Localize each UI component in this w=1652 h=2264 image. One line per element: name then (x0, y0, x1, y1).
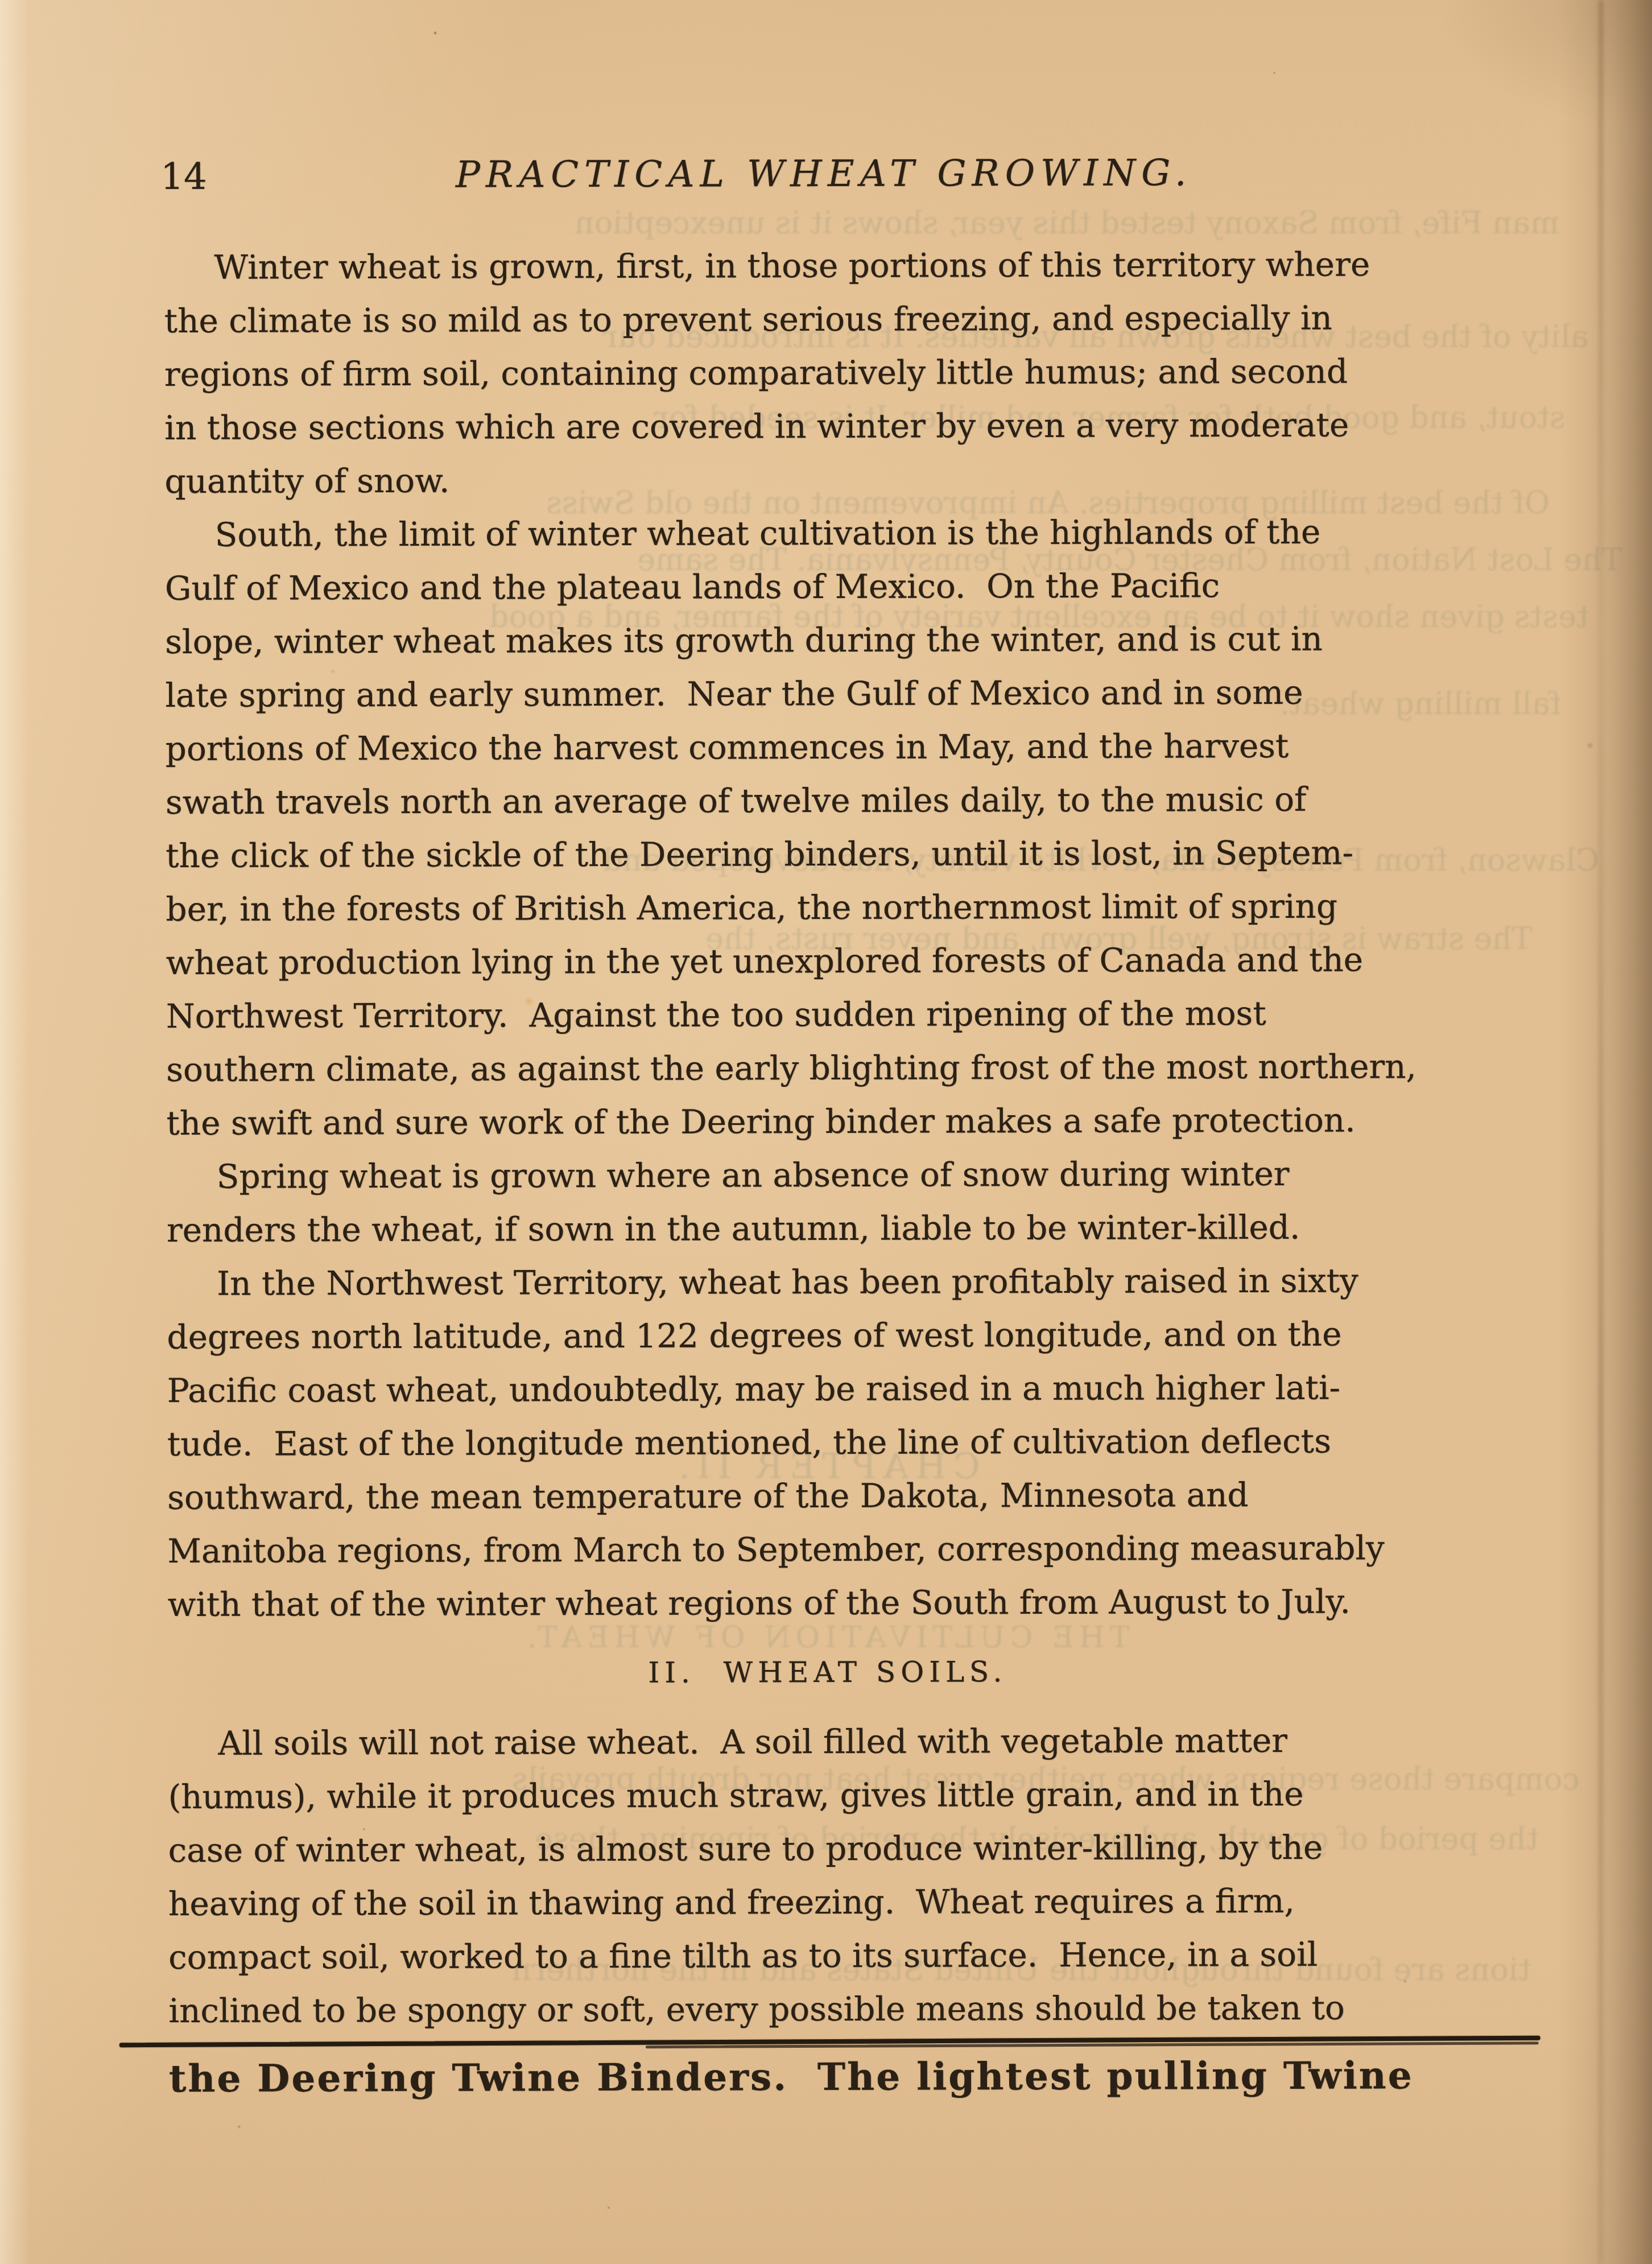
body-line: regions of firm soil, containing compara… (164, 344, 1484, 401)
body-line: inclined to be spongy or soft, every pos… (168, 1981, 1488, 2038)
body-line: southward, the mean temperature of the D… (167, 1467, 1487, 1524)
body-line: heaving of the soil in thawing and freez… (168, 1874, 1488, 1931)
body-line: In the Northwest Territory, wheat has be… (167, 1253, 1486, 1310)
body-line: portions of Mexico the harvest commences… (166, 719, 1485, 776)
body-line: late spring and early summer. Near the G… (165, 665, 1485, 722)
binding-shadow (1558, 0, 1652, 2264)
section-heading: II. WHEAT SOILS. (168, 1628, 1488, 1717)
body-line: Pacific coast wheat, undoubtedly, may be… (167, 1360, 1487, 1417)
page-edge-highlight (0, 0, 40, 2264)
body-line: with that of the winter wheat regions of… (168, 1574, 1488, 1631)
body-line: renders the wheat, if sown in the autumn… (167, 1200, 1486, 1257)
body-line: compact soil, worked to a fine tilth as … (168, 1927, 1488, 1984)
body-line: the swift and sure work of the Deering b… (166, 1093, 1486, 1150)
body-line: tude. East of the longitude mentioned, t… (167, 1414, 1487, 1471)
body-line: swath travels north an average of twelve… (166, 772, 1485, 829)
body-line: slope, winter wheat makes its growth dur… (165, 612, 1485, 669)
body-line: ber, in the forests of British America, … (166, 879, 1485, 936)
body-line: Spring wheat is grown where an absence o… (167, 1147, 1486, 1203)
body-line: South, the limit of winter wheat cultiva… (165, 505, 1485, 562)
book-page: man Fife, from Saxony tested this year, … (0, 0, 1652, 2264)
body-line: All soils will not raise wheat. A soil f… (168, 1713, 1488, 1770)
body-line: quantity of snow. (164, 451, 1484, 508)
body-line: Winter wheat is grown, first, in those p… (164, 237, 1484, 294)
body-line: degrees north latitude, and 122 degrees … (167, 1307, 1486, 1364)
body-line: (humus), while it produces much straw, g… (168, 1767, 1488, 1824)
body-text: Winter wheat is grown, first, in those p… (164, 237, 1488, 2038)
body-line: the climate is so mild as to prevent ser… (164, 291, 1484, 348)
body-line: Gulf of Mexico and the plateau lands of … (165, 558, 1485, 615)
body-line: in those sections which are covered in w… (164, 398, 1484, 455)
page-content: 14 PRACTICAL WHEAT GROWING. Winter wheat… (0, 0, 1652, 2264)
body-line: case of winter wheat, is almost sure to … (168, 1820, 1488, 1877)
body-line: wheat production lying in the yet unexpl… (166, 933, 1486, 989)
body-line: the click of the sickle of the Deering b… (166, 826, 1485, 882)
body-line: southern climate, as against the early b… (166, 1040, 1486, 1096)
body-line: Manitoba regions, from March to Septembe… (167, 1521, 1487, 1578)
body-line: Northwest Territory. Against the too sud… (166, 986, 1486, 1043)
footer-ad-line: the Deering Twine Binders. The lightest … (169, 2051, 1489, 2102)
running-head-title: PRACTICAL WHEAT GROWING. (0, 150, 1650, 198)
